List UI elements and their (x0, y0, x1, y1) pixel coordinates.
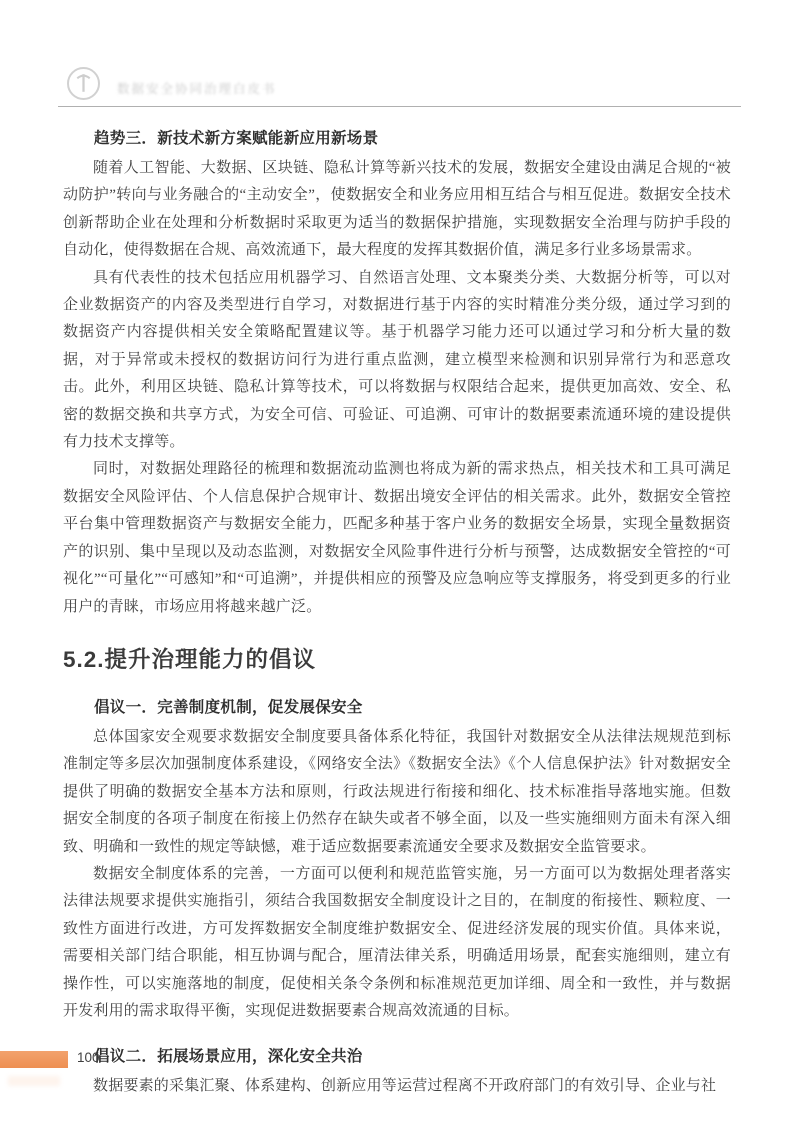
proposal1-heading: 倡议一．完善制度机制，促发展保安全 (63, 695, 731, 717)
proposal1-paragraph: 总体国家安全观要求数据安全制度要具备体系化特征，我国针对数据安全从法律法规规范到… (63, 724, 731, 861)
page-content: 趋势三．新技术新方案赋能新应用新场景 随着人工智能、大数据、区块链、隐私计算等新… (63, 126, 731, 1101)
proposal2-paragraph: 数据要素的采集汇聚、体系建构、创新应用等运营过程离不开政府部门的有效引导、企业与… (63, 1073, 731, 1100)
header-divider (58, 106, 741, 107)
header-watermark: 数据安全协同治理白皮书 (117, 79, 277, 97)
proposal2-heading: 倡议二．拓展场景应用，深化安全共治 (63, 1044, 731, 1066)
page-number-accent-bar (0, 1051, 68, 1068)
scan-smudge (8, 1076, 60, 1086)
umbrella-emblem-icon (69, 69, 98, 98)
document-page: 数据安全协同治理白皮书 趋势三．新技术新方案赋能新应用新场景 随着人工智能、大数… (0, 0, 794, 1123)
trend-paragraph: 具有代表性的技术包括应用机器学习、自然语言处理、文本聚类分类、大数据分析等，可以… (63, 265, 731, 457)
trend-heading: 趋势三．新技术新方案赋能新应用新场景 (63, 126, 731, 148)
trend-paragraph: 随着人工智能、大数据、区块链、隐私计算等新兴技术的发展，数据安全建设由满足合规的… (63, 155, 731, 265)
page-number: 100 (77, 1050, 100, 1065)
publisher-logo-icon (67, 67, 100, 100)
proposal1-paragraph: 数据安全制度体系的完善，一方面可以便利和规范监管实施，另一方面可以为数据处理者落… (63, 861, 731, 1025)
trend-paragraph: 同时，对数据处理路径的梳理和数据流动监测也将成为新的需求热点，相关技术和工具可满… (63, 456, 731, 620)
section-heading: 5.2.提升治理能力的倡议 (63, 642, 731, 674)
